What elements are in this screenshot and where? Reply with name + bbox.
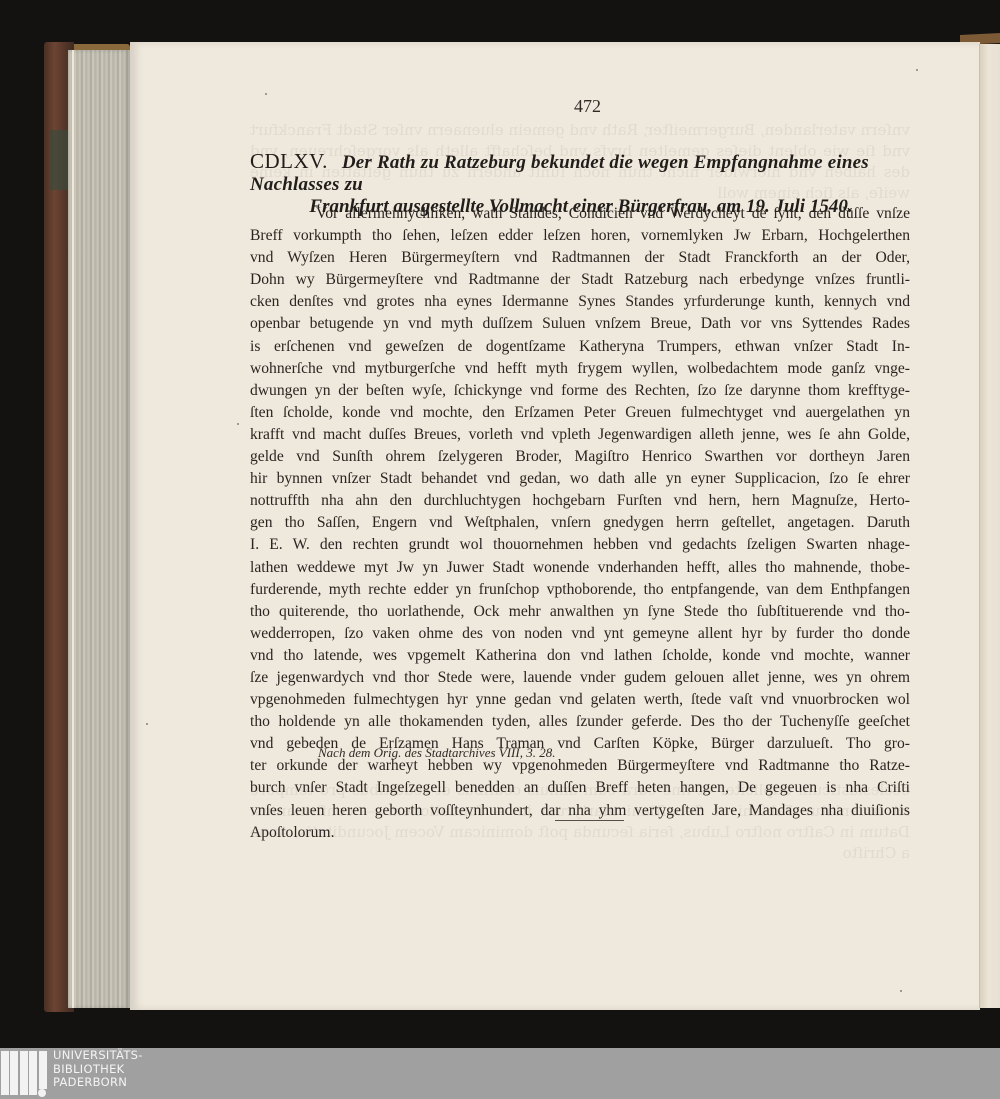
body-line: Apoſtolorum. [250,822,910,844]
body-line: wohnerſche vnd mytburgerſche vnd hefft m… [250,358,910,380]
body-line: ſze jegenwardych vnd thor Stede were, la… [250,667,910,689]
body-line: hir bynnen vnſzer Stadt behandet vnd ged… [250,468,910,490]
body-line: is erſchenen vnd geweſzen de dogentſzame… [250,336,910,358]
body-line: burch vnſer Stadt Ingeſzegell benedden a… [250,777,910,799]
book-cover-worn-patch [50,130,70,190]
body-line: openbar betugende yn vnd myth duſſzem Su… [250,313,910,335]
logo-line-1: UNIVERSITÄTS- [53,1049,143,1063]
body-line: tho quiterende, tho uorlathende, Ock meh… [250,601,910,623]
body-line: Breff vorkumpth tho ſehen, leſzen edder … [250,225,910,247]
body-line: nottruffth nha ahn den durchluchtygen ho… [250,490,910,512]
page-block-edge [68,50,130,1008]
body-line: Dohn wy Bürgermeyſtere vnd Radtmanne der… [250,269,910,291]
body-line: cken denſtes vnd grotes nha eynes Iderma… [250,291,910,313]
page-number: 472 [574,96,601,117]
body-line: vpgenohmeden fulmechtygen hyr ynne gedan… [250,689,910,711]
section-divider-rule [555,820,624,821]
document-title-line-1: Der Rath zu Ratzeburg bekundet die wegen… [250,152,869,195]
body-line: tho holdende yn alle thokamenden tyden, … [250,711,910,733]
body-line: lathen weddewe myt Jw yn Juwer Stadt won… [250,557,910,579]
source-note: Nach dem Orig. des Stadtarchives VIII, 3… [318,745,555,761]
logo-line-3: PADERBORN [53,1076,143,1090]
body-line: I. E. W. den rechten grundt wol thouorne… [250,534,910,556]
logo-line-2: BIBLIOTHEK [53,1063,143,1077]
library-logo-text: UNIVERSITÄTS- BIBLIOTHEK PADERBORN [53,1049,143,1090]
body-line: gen tho Saſſen, Engern vnd Weſtphalen, v… [250,512,910,534]
body-line: vnd tho latende, wes vpgemelt Katherina … [250,645,910,667]
body-line: furderende, myth rechte edder yn frunſch… [250,579,910,601]
library-logo-dot-icon [38,1089,46,1097]
body-line: gelde vnd Sunſth ohrem ſzelygeren Broder… [250,446,910,468]
page-gutter [979,44,1000,1008]
document-number: CDLXV. [250,149,328,173]
body-line: vnſes leuen heren geborth voſſteynhunder… [250,800,910,822]
body-line: ſten ſcholde, konde vnd mochte, den Erſz… [250,402,910,424]
body-line: vnd Wyſzen Heren Bürgermeyſtern vnd Radt… [250,247,910,269]
body-line: wedderropen, ſzo vaken ohme des von node… [250,623,910,645]
body-line: Vor allermennychliken, wath Standes, Con… [250,203,910,225]
body-line: dwungen yn der beſten wyſe, ſchickynge v… [250,380,910,402]
footer-banner [0,1048,1000,1099]
body-line: krafft vnd macht duſſes Breues, vorleth … [250,424,910,446]
